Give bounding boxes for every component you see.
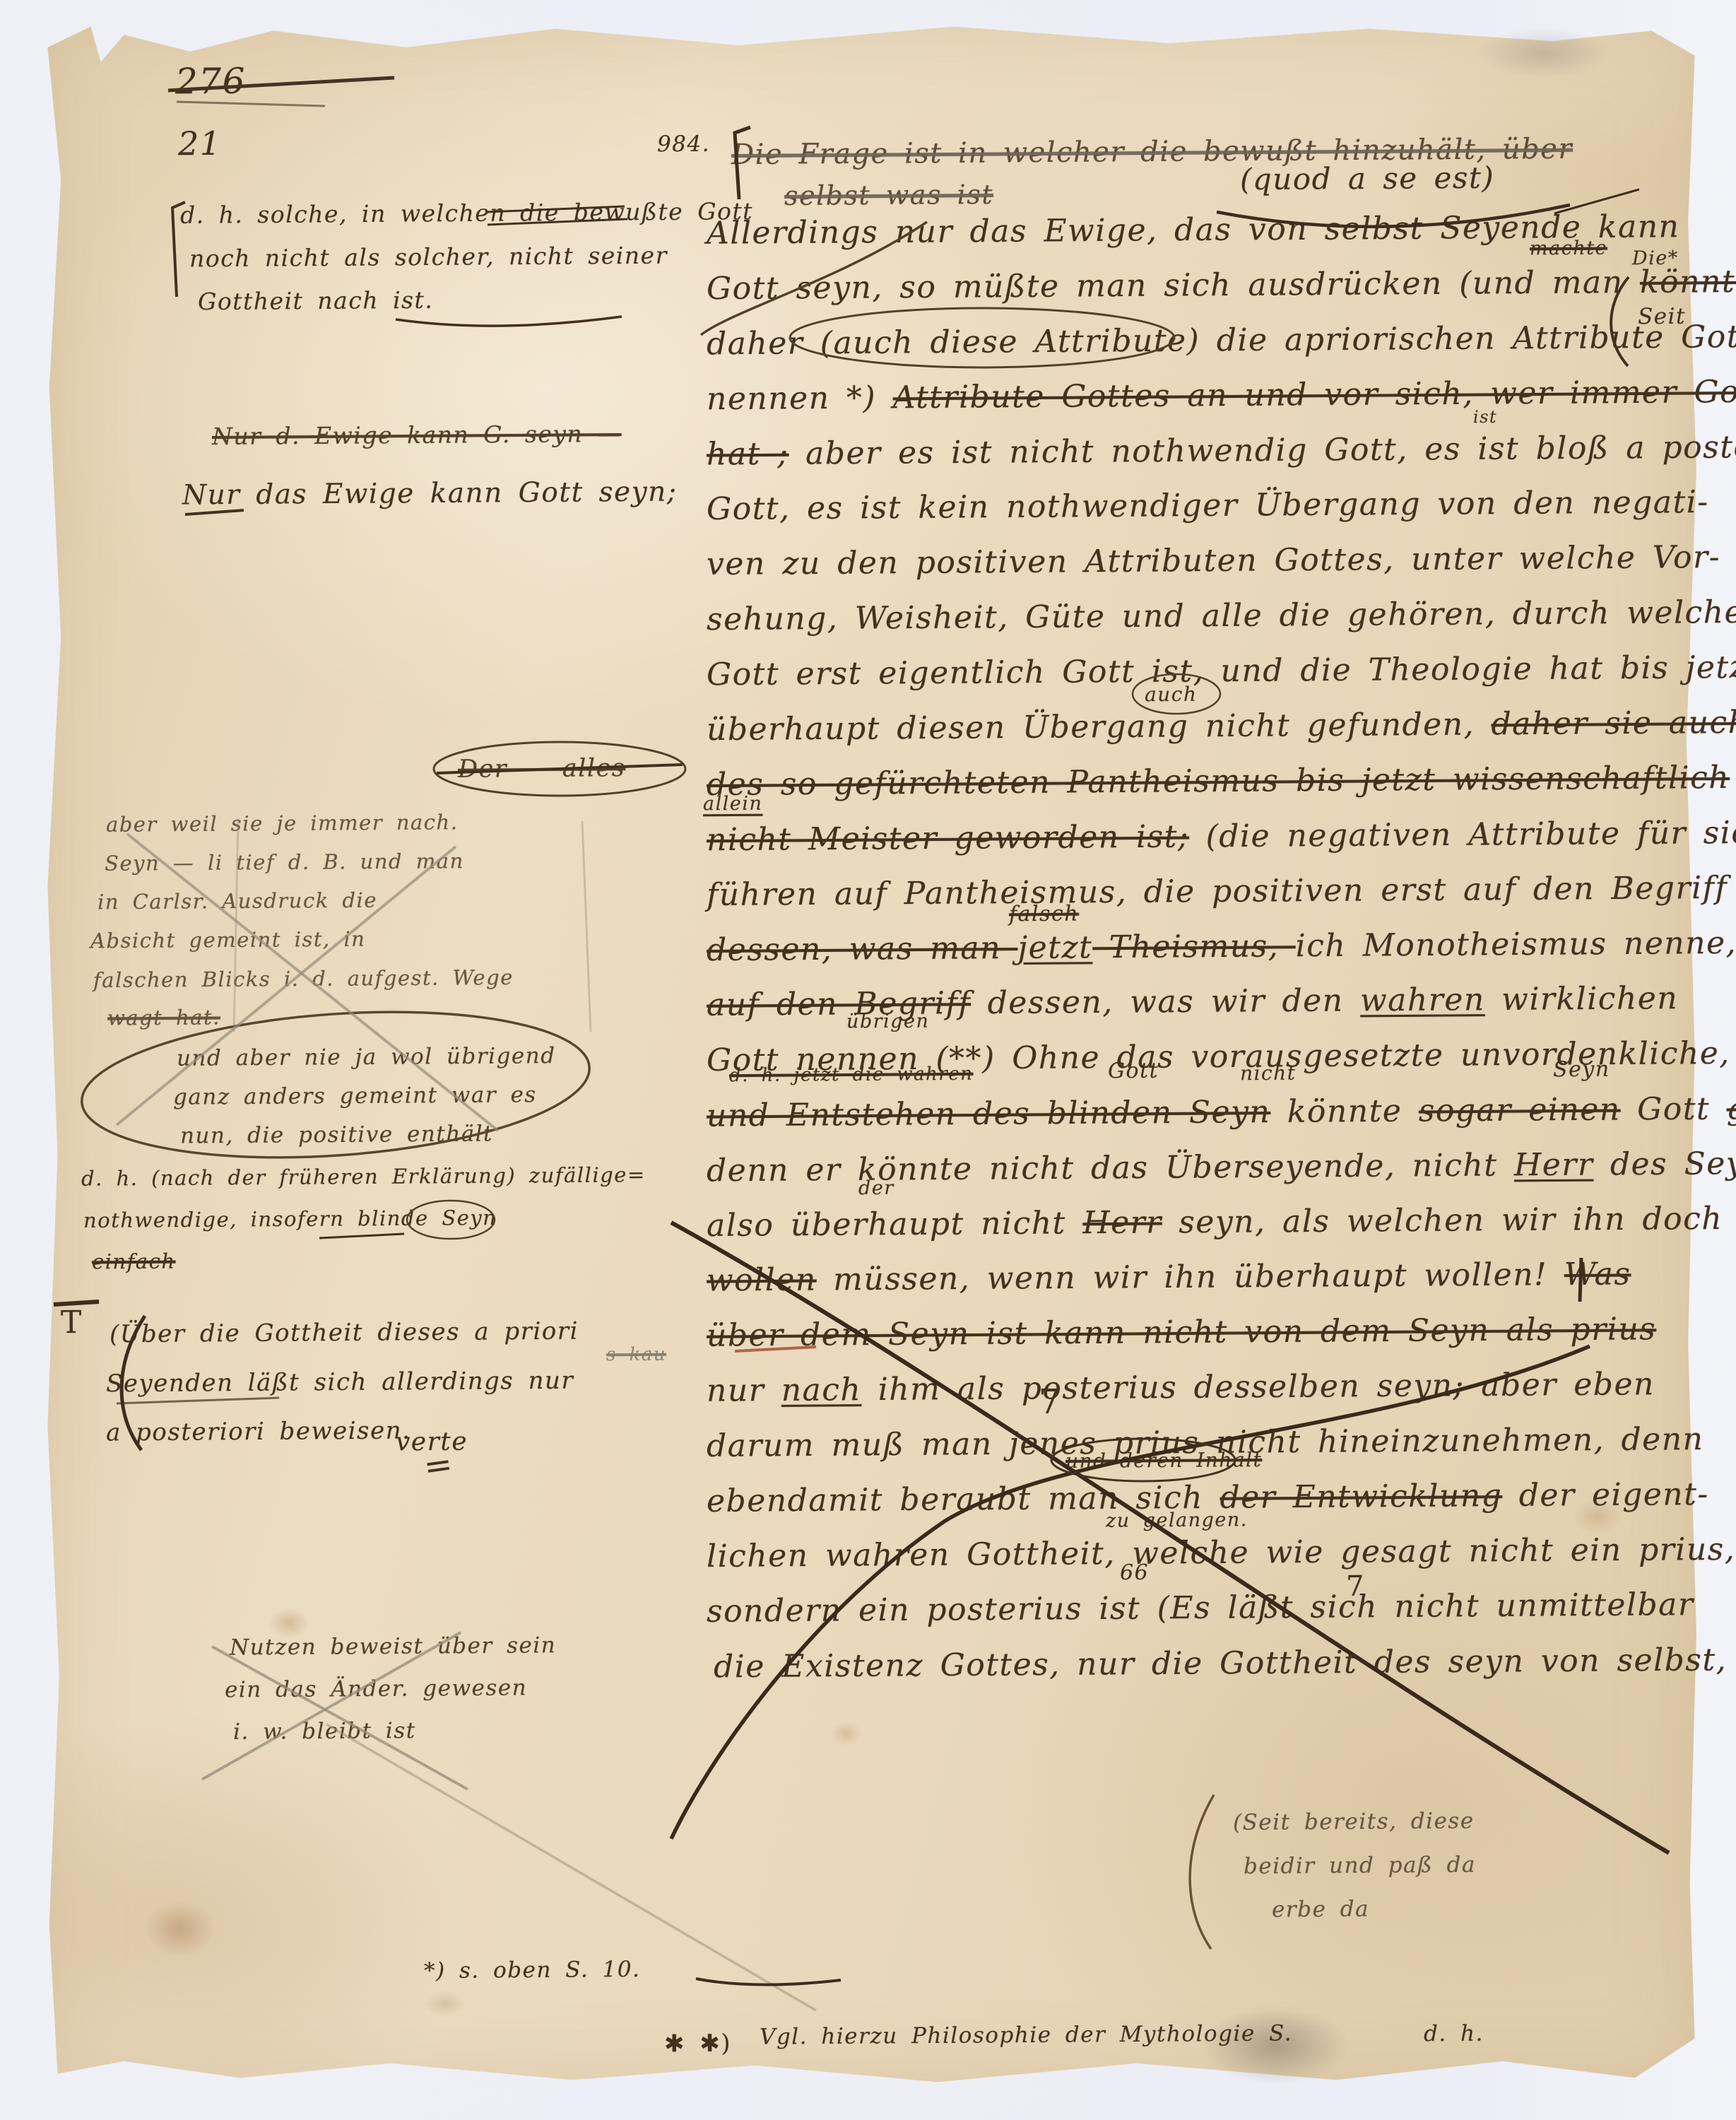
line-part-struck: dessen, was man <box>707 930 1018 968</box>
manuscript-line: wollen müssen, wenn wir ihn überhaupt wo… <box>707 1256 1631 1298</box>
line-part-struck: Theismus, <box>1092 928 1296 965</box>
line-part-underlined: wahren <box>1360 982 1485 1018</box>
sheet-number: 21 <box>178 124 222 163</box>
manuscript-line: nicht Meister geworden ist; (die negativ… <box>707 815 1736 859</box>
margin-note-d-circled-line: nun, die positive enthält <box>180 1121 493 1148</box>
margin-note-f-line: Seyenden läßt sich allerdings nur <box>106 1367 574 1398</box>
quod-annotation: (quod a se est) <box>1240 160 1495 197</box>
manuscript-scan-page: 276 21 984. Die Frage ist in welcher die… <box>0 0 1736 2120</box>
margin-note-d-line: wagt hat. <box>107 1005 220 1030</box>
line-part: des Seyns, <box>1593 1146 1736 1183</box>
line-part-struck: geben, <box>1726 1090 1736 1126</box>
inserted-word: Seit <box>1638 304 1686 329</box>
margin-note-d-line: in Carlsr. Ausdruck die <box>98 888 377 914</box>
line-part-struck: sogar einen <box>1419 1092 1621 1129</box>
inserted-word: auch <box>1145 683 1198 707</box>
inserted-word: falsch <box>1009 902 1079 927</box>
line-part: nur <box>707 1372 781 1409</box>
manuscript-line: und Entstehen des blinden Seyn könnte so… <box>707 1090 1736 1133</box>
line-part-underlined: nach <box>781 1372 862 1408</box>
line-part: (die negativen Attribute für sich <box>1189 815 1736 855</box>
margin-note-d-circled-line: ganz anders gemeint war es <box>173 1082 537 1110</box>
side-note-right-line: erbe da <box>1272 1897 1369 1923</box>
margin-note-b-struck: Nur d. Ewige kann G. seyn — <box>212 420 622 450</box>
manuscript-line: dessen, was man jetzt Theismus, ich Mono… <box>707 925 1736 968</box>
line-part: ihm als posterius desselben seyn; aber e… <box>861 1366 1655 1408</box>
line-part-struck: daher sie auch <box>1491 705 1736 743</box>
margin-note-e-line: nothwendige, insofern blinde Seyn <box>83 1206 497 1232</box>
line-part-struck: wollen <box>707 1261 817 1298</box>
line-part-struck: hat ; <box>707 436 789 473</box>
margin-note-d-line: aber weil sie je immer nach. <box>106 810 459 836</box>
line-part-struck: Herr <box>1082 1205 1162 1242</box>
insertion-mark-7: 7 <box>1346 1570 1365 1603</box>
line-part: der eigent- <box>1502 1476 1709 1514</box>
line-part: Gott <box>1620 1091 1726 1128</box>
footnote-1: *) s. oben S. 10. <box>424 1957 641 1984</box>
manuscript-line: Gott seyn, so müßte man sich ausdrücken … <box>707 264 1736 307</box>
manuscript-line: Gott, es ist kein nothwendiger Übergang … <box>707 484 1709 527</box>
footnote-2-end: d. h. <box>1424 2021 1484 2047</box>
line-part: seyn, als welchen wir ihn doch <box>1162 1201 1723 1241</box>
line-part: Gott seyn, so müßte man sich ausdrücken … <box>707 264 1640 307</box>
inserted-word: und deren Inhalt <box>1065 1448 1263 1473</box>
margin-note-a-line: noch nicht als solcher, nicht seiner <box>189 242 668 273</box>
line-part-struck: und Entstehen des blinden Seyn <box>707 1094 1271 1134</box>
manuscript-line: sehung, Weisheit, Güte und alle die gehö… <box>707 594 1736 637</box>
manuscript-line: ven zu den positiven Attributen Gottes, … <box>707 539 1720 582</box>
line-part: könnte <box>1270 1093 1419 1130</box>
line-part: müssen, wenn wir ihn überhaupt wollen! <box>817 1256 1564 1297</box>
margin-note-g-line: Nutzen beweist über sein <box>230 1632 556 1660</box>
footnote-2: Vgl. hierzu Philosophie der Mythologie S… <box>760 2020 1292 2049</box>
line-part: denn er könnte nicht das Überseyende, ni… <box>707 1147 1514 1189</box>
side-note-right-line: beidir und paß da <box>1244 1852 1476 1879</box>
inserted-word: d. h. jetzt die wahren <box>729 1064 974 1086</box>
line-part: also überhaupt nicht <box>707 1205 1083 1244</box>
inserted-word: nicht <box>1240 1061 1297 1085</box>
equals-mark: = <box>421 1444 456 1487</box>
inserted-word: Die* <box>1632 247 1679 269</box>
inserted-word: der <box>858 1177 894 1199</box>
margin-note-d-circled-line: und aber nie ja wol übrigend <box>177 1043 556 1071</box>
inserted-number: 66 <box>1120 1560 1149 1585</box>
manuscript-line: Gott erst eigentlich Gott ist, und die T… <box>707 649 1736 693</box>
line-part-underlined: jetzt <box>1017 929 1092 966</box>
margin-note-f-line: (Über die Gottheit dieses a priori <box>110 1317 579 1349</box>
line-part: ich Monotheismus nenne, <box>1296 925 1736 964</box>
inserted-word: zu gelangen. <box>1106 1509 1248 1531</box>
manuscript-line: also überhaupt nicht Herr seyn, als welc… <box>707 1201 1723 1244</box>
margin-note-d-line: Absicht gemeint ist, in <box>90 927 366 953</box>
inserted-word: Gott <box>1108 1059 1159 1084</box>
margin-note-d-line: Seyn — li tief d. B. und man <box>105 849 464 876</box>
manuscript-line-struck: des so gefürchteten Pantheismus bis jetz… <box>707 760 1730 803</box>
margin-note-a-line: Gottheit nach ist. <box>198 286 433 315</box>
inserted-word: s kau <box>606 1344 666 1366</box>
manuscript-line: nennen *) Attribute Gottes an und vor si… <box>707 374 1736 417</box>
margin-note-b: Nur das Ewige kann Gott seyn; <box>182 476 678 512</box>
margin-note-f-line: a posteriori beweisen. <box>106 1416 411 1447</box>
inserted-word: machte <box>1530 237 1607 260</box>
margin-note-g-line: i. w. bleibt ist <box>233 1718 416 1745</box>
manuscript-line: daher (auch diese Attribute) die apriori… <box>707 319 1736 363</box>
line-part-struck: nicht Meister geworden ist; <box>707 818 1189 858</box>
line-part-struck: Attribute Gottes an und vor sich, wer im… <box>892 374 1736 416</box>
inserted-word: Seyn <box>1553 1057 1610 1083</box>
inserted-word: allein <box>703 793 763 815</box>
line-part: überhaupt diesen Übergang nicht gefunden… <box>707 706 1492 748</box>
folio-number: 984. <box>657 131 710 158</box>
margin-note-g-line: ein das Änder. gewesen <box>225 1676 527 1703</box>
margin-note-d-line: falschen Blicks i. d. aufgest. Wege <box>93 965 514 992</box>
manuscript-line: hat ; aber es ist nicht nothwendig Gott,… <box>707 428 1736 472</box>
margin-note-c: Der — alles <box>458 754 625 784</box>
manuscript-line: selbst was ist <box>784 179 993 211</box>
manuscript-line-struck: über dem Seyn ist kann nicht von dem Sey… <box>707 1311 1657 1353</box>
inserted-word: ist <box>1473 407 1497 427</box>
line-part-struck: Was <box>1564 1256 1631 1292</box>
page-number-struck: 276 <box>175 61 246 102</box>
manuscript-line: führen auf Pantheismus, die positiven er… <box>707 870 1728 913</box>
line-part: wirklichen <box>1485 980 1679 1018</box>
manuscript-line: die Existenz Gottes, nur die Gottheit de… <box>714 1642 1736 1685</box>
insertion-mark-7: 7 <box>1039 1382 1061 1422</box>
line-part: dessen, was wir den <box>971 982 1360 1021</box>
margin-note-e-line: d. h. (nach der früheren Erklärung) zufä… <box>81 1162 646 1191</box>
manuscript-line: sondern ein posterius ist (Es läßt sich … <box>707 1586 1694 1630</box>
manuscript-line: lichen wahren Gottheit, welche wie gesag… <box>707 1531 1736 1574</box>
line-part: nennen *) <box>707 379 893 417</box>
line-part-struck: auf den Begriff <box>707 985 971 1023</box>
line-part-struck: der Entwicklung <box>1220 1478 1502 1516</box>
manuscript-line: nur nach ihm als posterius desselben sey… <box>707 1366 1655 1408</box>
footnote-2-marks: ✱ ✱) <box>664 2030 731 2059</box>
margin-note-e-line: einfach <box>92 1249 176 1274</box>
margin-note-a-line: d. h. solche, in welchen die bewußte Got… <box>180 197 753 229</box>
side-note-right-line: (Seit bereits, diese <box>1233 1808 1475 1835</box>
line-part: aber es ist nicht nothwendig Gott, es is… <box>789 428 1736 471</box>
margin-note-f-mark: T <box>61 1305 83 1341</box>
line-part-underlined: Herr <box>1514 1147 1594 1184</box>
inserted-word: übrigen <box>846 1011 930 1033</box>
manuscript-line: überhaupt diesen Übergang nicht gefunden… <box>707 705 1736 748</box>
